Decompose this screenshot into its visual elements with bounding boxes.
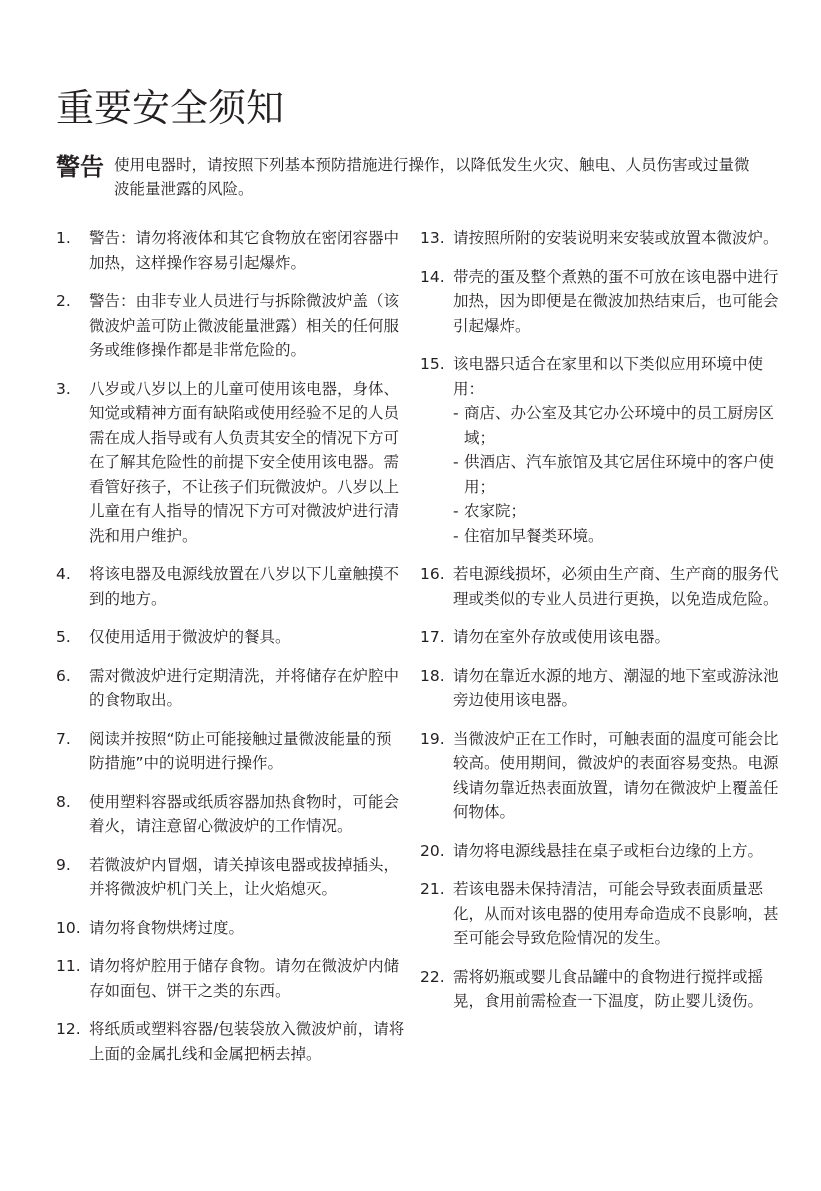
list-item: 8.使用塑料容器或纸质容器加热食物时，可能会着火，请注意留心微波炉的工作情况。: [56, 790, 406, 839]
item-number: 8.: [56, 790, 89, 839]
list-item: 21.若该电器未保持清洁，可能会导致表面质量恶化，从而对该电器的使用寿命造成不良…: [420, 877, 786, 951]
item-number: 9.: [56, 853, 89, 902]
item-text: 请勿将食物烘烤过度。: [89, 916, 406, 941]
list-item: 4.将该电器及电源线放置在八岁以下儿童触摸不到的地方。: [56, 562, 406, 611]
item-number: 15.: [420, 352, 453, 548]
item-number: 7.: [56, 727, 89, 776]
item-text: 仅使用适用于微波炉的餐具。: [89, 625, 406, 650]
item-number: 17.: [420, 625, 453, 650]
list-item: 22.需将奶瓶或婴儿食品罐中的食物进行搅拌或摇晃，食用前需检查一下温度，防止婴儿…: [420, 965, 786, 1014]
item-number: 2.: [56, 289, 89, 363]
item-number: 6.: [56, 664, 89, 713]
warning-label: 警告: [56, 152, 104, 182]
list-item: 9.若微波炉内冒烟，请关掉该电器或拔掉插头，并将微波炉机门关上，让火焰熄灭。: [56, 853, 406, 902]
item-text: 使用塑料容器或纸质容器加热食物时，可能会着火，请注意留心微波炉的工作情况。: [89, 790, 406, 839]
item-number: 10.: [56, 916, 89, 941]
list-item: 15. 该电器只适合在家里和以下类似应用环境中使用： -商店、办公室及其它办公环…: [420, 352, 786, 548]
item-number: 14.: [420, 265, 453, 339]
list-item: 20.请勿将电源线悬挂在桌子或柜台边缘的上方。: [420, 839, 786, 864]
item-number: 20.: [420, 839, 453, 864]
item-number: 21.: [420, 877, 453, 951]
item-text: 请勿在靠近水源的地方、潮湿的地下室或游泳池旁边使用该电器。: [453, 664, 786, 713]
page-title: 重要安全须知: [56, 84, 284, 132]
item-text: 将该电器及电源线放置在八岁以下儿童触摸不到的地方。: [89, 562, 406, 611]
dash-bullet: -: [453, 499, 464, 524]
item-number: 12.: [56, 1017, 89, 1066]
sub-item-text: 住宿加早餐类环境。: [464, 524, 786, 549]
left-column-list: 1.警告：请勿将液体和其它食物放在密闭容器中加热，这样操作容易引起爆炸。 2.警…: [56, 226, 406, 1080]
list-item: 12.将纸质或塑料容器/包装袋放入微波炉前，请将上面的金属扎线和金属把柄去掉。: [56, 1017, 406, 1066]
item-number: 18.: [420, 664, 453, 713]
sub-item-text: 农家院；: [464, 499, 786, 524]
item-number: 4.: [56, 562, 89, 611]
list-item: 14.带壳的蛋及整个煮熟的蛋不可放在该电器中进行加热，因为即便是在微波加热结束后…: [420, 265, 786, 339]
dash-bullet: -: [453, 401, 464, 450]
item-text: 警告：由非专业人员进行与拆除微波炉盖（该微波炉盖可防止微波能量泄露）相关的任何服…: [89, 289, 406, 363]
warning-text: 使用电器时，请按照下列基本预防措施进行操作，以降低发生火灾、触电、人员伤害或过量…: [114, 152, 754, 201]
warning-block: 警告 使用电器时，请按照下列基本预防措施进行操作，以降低发生火灾、触电、人员伤害…: [56, 152, 776, 201]
item-text: 请勿将电源线悬挂在桌子或柜台边缘的上方。: [453, 839, 786, 864]
item-text: 请按照所附的安装说明来安装或放置本微波炉。: [453, 226, 786, 251]
sub-list-item: -商店、办公室及其它办公环境中的员工厨房区域；: [453, 401, 786, 450]
item-number: 3.: [56, 377, 89, 549]
list-item: 13.请按照所附的安装说明来安装或放置本微波炉。: [420, 226, 786, 251]
item-text: 若该电器未保持清洁，可能会导致表面质量恶化，从而对该电器的使用寿命造成不良影响，…: [453, 877, 786, 951]
item-number: 11.: [56, 954, 89, 1003]
list-item: 3.八岁或八岁以上的儿童可使用该电器，身体、知觉或精神方面有缺陷或使用经验不足的…: [56, 377, 406, 549]
item-number: 1.: [56, 226, 89, 275]
item-text: 需将奶瓶或婴儿食品罐中的食物进行搅拌或摇晃，食用前需检查一下温度，防止婴儿烫伤。: [453, 965, 786, 1014]
list-item: 1.警告：请勿将液体和其它食物放在密闭容器中加热，这样操作容易引起爆炸。: [56, 226, 406, 275]
dash-bullet: -: [453, 524, 464, 549]
sub-list-item: -供酒店、汽车旅馆及其它居住环境中的客户使用；: [453, 450, 786, 499]
item-text: 请勿在室外存放或使用该电器。: [453, 625, 786, 650]
usage-environment-list: -商店、办公室及其它办公环境中的员工厨房区域； -供酒店、汽车旅馆及其它居住环境…: [453, 401, 786, 548]
right-column-list: 13.请按照所附的安装说明来安装或放置本微波炉。 14.带壳的蛋及整个煮熟的蛋不…: [420, 226, 786, 1080]
list-item: 17.请勿在室外存放或使用该电器。: [420, 625, 786, 650]
item-text: 若微波炉内冒烟，请关掉该电器或拔掉插头，并将微波炉机门关上，让火焰熄灭。: [89, 853, 406, 902]
item-text: 警告：请勿将液体和其它食物放在密闭容器中加热，这样操作容易引起爆炸。: [89, 226, 406, 275]
item-text: 带壳的蛋及整个煮熟的蛋不可放在该电器中进行加热，因为即便是在微波加热结束后，也可…: [453, 265, 786, 339]
sub-list-item: -住宿加早餐类环境。: [453, 524, 786, 549]
item-text: 八岁或八岁以上的儿童可使用该电器，身体、知觉或精神方面有缺陷或使用经验不足的人员…: [89, 377, 406, 549]
list-item: 19.当微波炉正在工作时，可触表面的温度可能会比较高。使用期间，微波炉的表面容易…: [420, 727, 786, 825]
safety-instructions: 1.警告：请勿将液体和其它食物放在密闭容器中加热，这样操作容易引起爆炸。 2.警…: [56, 226, 786, 1080]
list-item: 10.请勿将食物烘烤过度。: [56, 916, 406, 941]
sub-list-item: -农家院；: [453, 499, 786, 524]
list-item: 6.需对微波炉进行定期清洗，并将储存在炉腔中的食物取出。: [56, 664, 406, 713]
list-item: 2.警告：由非专业人员进行与拆除微波炉盖（该微波炉盖可防止微波能量泄露）相关的任…: [56, 289, 406, 363]
item-text: 当微波炉正在工作时，可触表面的温度可能会比较高。使用期间，微波炉的表面容易变热。…: [453, 727, 786, 825]
list-item: 7.阅读并按照“防止可能接触过量微波能量的预防措施”中的说明进行操作。: [56, 727, 406, 776]
item-number: 22.: [420, 965, 453, 1014]
item-number: 16.: [420, 562, 453, 611]
sub-item-text: 供酒店、汽车旅馆及其它居住环境中的客户使用；: [464, 450, 786, 499]
item-text: 请勿将炉腔用于储存食物。请勿在微波炉内储存如面包、饼干之类的东西。: [89, 954, 406, 1003]
item-text: 阅读并按照“防止可能接触过量微波能量的预防措施”中的说明进行操作。: [89, 727, 406, 776]
item-number: 19.: [420, 727, 453, 825]
item-text: 将纸质或塑料容器/包装袋放入微波炉前，请将上面的金属扎线和金属把柄去掉。: [89, 1017, 406, 1066]
item-text: 若电源线损坏，必须由生产商、生产商的服务代理或类似的专业人员进行更换，以免造成危…: [453, 562, 786, 611]
list-item: 18.请勿在靠近水源的地方、潮湿的地下室或游泳池旁边使用该电器。: [420, 664, 786, 713]
dash-bullet: -: [453, 450, 464, 499]
item-text: 需对微波炉进行定期清洗，并将储存在炉腔中的食物取出。: [89, 664, 406, 713]
sub-item-text: 商店、办公室及其它办公环境中的员工厨房区域；: [464, 401, 786, 450]
item-number: 13.: [420, 226, 453, 251]
item-text: 该电器只适合在家里和以下类似应用环境中使用：: [453, 352, 786, 401]
item-number: 5.: [56, 625, 89, 650]
list-item: 16.若电源线损坏，必须由生产商、生产商的服务代理或类似的专业人员进行更换，以免…: [420, 562, 786, 611]
list-item: 5.仅使用适用于微波炉的餐具。: [56, 625, 406, 650]
list-item: 11.请勿将炉腔用于储存食物。请勿在微波炉内储存如面包、饼干之类的东西。: [56, 954, 406, 1003]
